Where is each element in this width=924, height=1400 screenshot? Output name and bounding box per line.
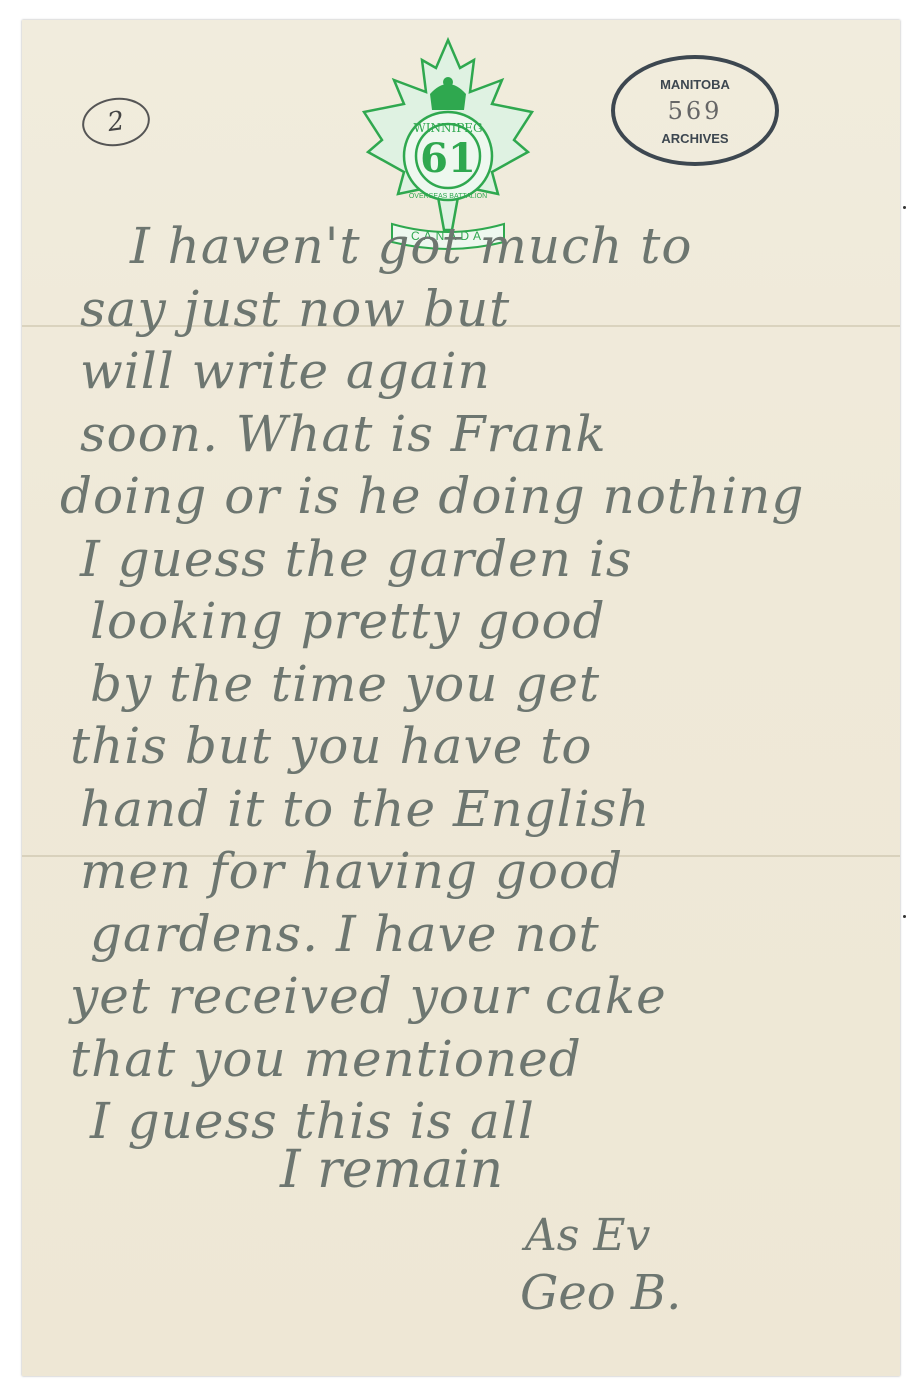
body-line: will write again bbox=[50, 340, 850, 403]
body-line: doing or is he doing nothing bbox=[50, 465, 850, 528]
letter-body: I haven't got much to say just now but w… bbox=[50, 215, 850, 1153]
body-line: soon. What is Frank bbox=[50, 403, 850, 466]
body-line: say just now but bbox=[50, 278, 850, 341]
closing: I remain bbox=[280, 1140, 503, 1200]
body-line: men for having good bbox=[50, 840, 850, 903]
body-line: that you mentioned bbox=[50, 1028, 850, 1091]
svg-text:WINNIPEG: WINNIPEG bbox=[413, 121, 482, 135]
svg-text:61: 61 bbox=[420, 135, 476, 182]
svg-text:OVERSEAS BATTALION: OVERSEAS BATTALION bbox=[409, 193, 487, 200]
body-line: yet received your cake bbox=[50, 965, 850, 1028]
signoff: As Ev bbox=[525, 1210, 650, 1261]
signature: Geo B. bbox=[520, 1265, 681, 1321]
body-line: this but you have to bbox=[50, 715, 850, 778]
body-line: I haven't got much to bbox=[50, 215, 850, 278]
speck bbox=[903, 915, 906, 918]
body-line: I guess the garden is bbox=[50, 528, 850, 591]
archive-stamp: MANITOBA 569 ARCHIVES bbox=[611, 55, 779, 166]
catalog-number: 569 bbox=[615, 97, 775, 125]
body-line: gardens. I have not bbox=[50, 903, 850, 966]
speck bbox=[903, 206, 906, 209]
stamp-top-text: MANITOBA bbox=[615, 77, 775, 92]
body-line: by the time you get bbox=[50, 653, 850, 716]
stamp-bottom-text: ARCHIVES bbox=[615, 131, 775, 146]
body-line: hand it to the English bbox=[50, 778, 850, 841]
body-line: looking pretty good bbox=[50, 590, 850, 653]
